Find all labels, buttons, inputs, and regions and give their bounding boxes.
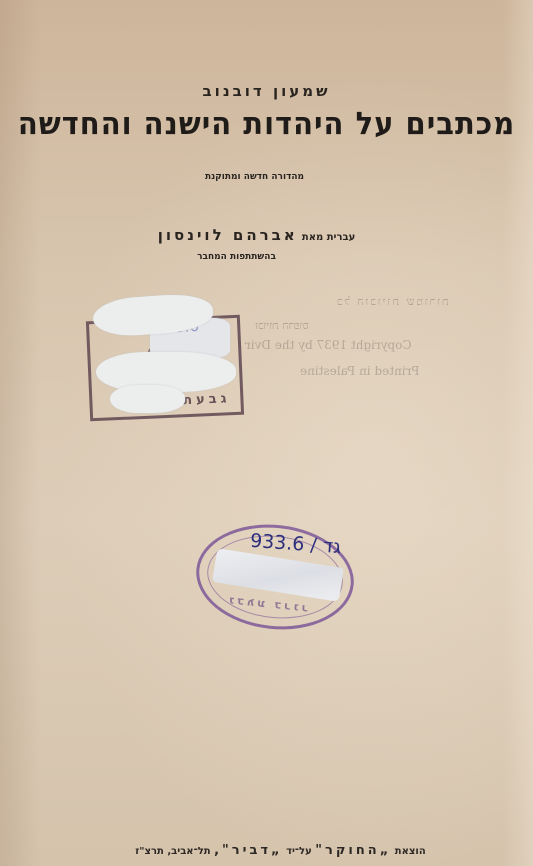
bleed-through-text: Copyright 1937 by the Dvir — [245, 338, 412, 352]
author-name: שמעון דובנוב — [0, 82, 533, 100]
edition-note: מהדורה חדשה ומתוקנת — [0, 172, 521, 182]
publisher-name: „החוקר" — [315, 843, 391, 858]
publisher-place-year: תל־אביב, תרצ"ז — [135, 846, 210, 857]
bleed-through-text: כל הזכויות שמורות — [335, 295, 449, 308]
bleed-through-text: זכויות הדפוס — [255, 319, 309, 332]
translator-prefix: עברית מאת — [302, 232, 355, 243]
publisher-line: הוצאת „החוקר" על־יד „דביר", תל־אביב, תרצ… — [14, 843, 533, 858]
translator-name: אברהם לוינסון — [158, 226, 298, 244]
collaboration-note: בהשתתפות המחבר — [0, 252, 503, 262]
publisher-imprint: „דביר", — [214, 843, 282, 858]
book-title: מכתבים על היהדות הישנה והחדשה — [0, 105, 533, 142]
book-title-page: כל הזכויות שמורות זכויות הדפוס Copyright… — [0, 0, 533, 866]
translator-line: עברית מאת אברהם לוינסון — [0, 226, 523, 244]
publisher-prefix: הוצאת — [395, 846, 426, 857]
publisher-by: על־יד — [286, 846, 312, 857]
correction-fluid — [110, 385, 185, 413]
bleed-through-text: Printed in Palestine — [300, 364, 419, 378]
